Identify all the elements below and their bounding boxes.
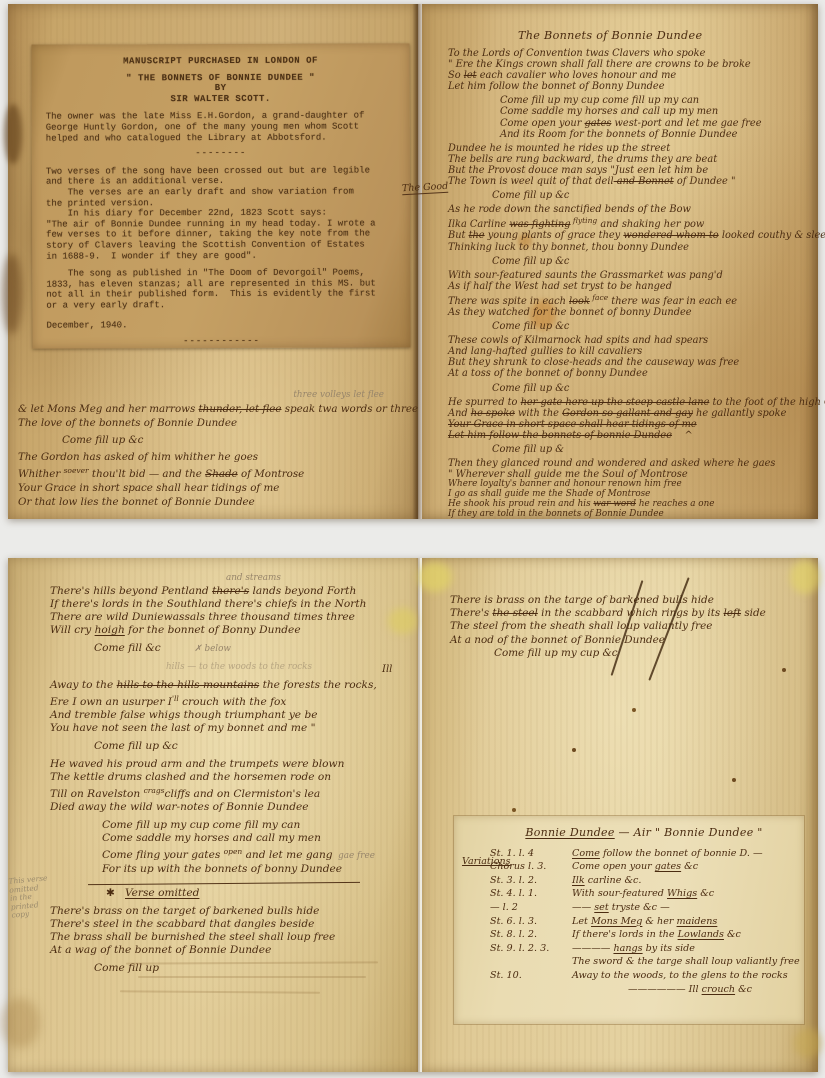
manuscript-line: Or that low lies the bonnet of Bonnie Du… [18,495,418,509]
song-title: The Bonnets of Bonnie Dundee [518,29,702,42]
stanza-ref: St. 1. l. 4 [490,847,572,861]
manuscript-scan: MANUSCRIPT PURCHASED IN LONDON OF " THE … [0,0,825,1078]
manuscript-line: At a wag of the bonnet of Bonnie Dundee [50,944,416,957]
text-segment: carline &c. [585,875,642,886]
text-segment: west-port and let me gae free [611,118,761,129]
struck-text: thunder, let flee [199,403,282,415]
manuscript-line: He waved his proud arm and the trumpets … [50,758,416,771]
text-segment: But [448,230,469,241]
text-segment: for the bonnet of Bonny Dundee [125,624,301,636]
text-segment: Dundee he is mounted he rides up the str… [448,143,670,154]
manuscript-line: These cowls of Kilmarnock had spits and … [448,335,816,346]
manuscript-line: For its up with the bonnets of bonny Dun… [50,863,416,876]
text-segment: he gallantly spoke [693,408,787,419]
stanza-ref: St. 9. l. 2. 3. [490,942,572,956]
text-segment: But the Provost douce man says "Just een… [448,165,708,176]
text-segment: crouch with the fox [179,696,287,708]
manuscript-line: St. 8. l. 2.If there's lords in the Lowl… [490,928,798,942]
manuscript-line: But they shrunk to close-heads and the c… [448,357,816,368]
text-segment: Ere I own an usurper I [50,696,172,708]
text-segment: The kettle drums clashed and the horseme… [50,771,331,783]
text-segment: Bonnie Dundee [525,826,614,839]
bottom-spread: and streamsThere's hills beyond Pentland… [8,558,818,1072]
text-segment: Your Grace in short space shall hear tid… [18,482,279,494]
manuscript-line: Ilka Carline was fighting flyting and sh… [448,215,816,230]
handwritten-song: To the Lords of Convention twas Clavers … [448,48,816,519]
text-segment: Come open your [500,118,585,129]
margin-note-good: The Good [402,181,449,195]
text-segment: ^ [672,430,693,441]
text-segment: There's steel in the scabbard that dangl… [50,918,314,930]
text-segment: and shaking her pow [597,219,704,230]
text-segment: with the [515,408,562,419]
stanza-ref: St. 3. l. 2. [490,874,572,888]
manuscript-line: With sour-featured saunts the Grassmarke… [448,270,816,281]
text-segment: maidens [677,916,718,927]
text-segment: At a nod of the bonnet of Bonnie Dundee [450,634,665,646]
text-segment: Will cry [50,624,95,636]
manuscript-line: He spurred to her gate here up the steep… [448,397,816,408]
manuscript-line: There's hills beyond Pentland there's la… [50,585,416,598]
stanza-ref: Chorus l. 3. [490,860,572,874]
text-segment: —— [572,902,594,913]
text-segment: At a toss of the bonnet of bonny Dundee [448,368,648,379]
struck-text: hills to the hills mountains [117,679,260,691]
manuscript-line: Died away the wild war-notes of Bonnie D… [50,801,416,814]
text-segment: " Ere the Kings crown shall fall there a… [448,59,751,70]
manuscript-line: three volleys let flee [18,388,418,402]
text-segment: Where loyalty's banner and honour renown… [448,479,682,489]
text-segment: And [448,408,471,419]
text-segment: Died away the wild war-notes of Bonnie D… [50,801,309,813]
manuscript-line: Will cry hoigh for the bonnet of Bonny D… [50,624,416,637]
manuscript-line: As they watched for the bonnet of bonny … [448,307,816,318]
text-segment: by its side [643,943,695,954]
text-segment: There are wild Duniewassals three thousa… [50,611,355,623]
text-segment: The Town is weel quit of that deil [448,176,614,187]
manuscript-line: Away to the hills to the hills mountains… [50,679,416,692]
manuscript-line: The brass shall be burnished the steel s… [50,931,416,944]
text-segment: I go as shall guide me the Shade of Mont… [448,489,650,499]
text-segment: There's hills beyond Pentland [50,585,212,597]
manuscript-line: Come fling your gates open and let me ga… [50,845,416,863]
manuscript-line: Chorus l. 3.Come open your gates &c [490,860,798,874]
stanza-ref: — l. 2 [490,901,572,915]
stanza-ref: St. 8. l. 2. [490,928,572,942]
manuscript-line: To the Lords of Convention twas Clavers … [448,48,816,59]
text-segment: So [448,70,464,81]
text-segment: Come [572,848,600,859]
typed-date: December, 1940. [46,320,396,332]
typed-paragraph: The song as published in "The Doom of De… [46,267,396,311]
divider-rule [88,882,360,885]
text-segment: young plants of grace they [485,230,624,241]
handwritten-verses-left: three volleys let flee& let Mons Meg and… [18,388,418,509]
text-segment: You have not seen the last of my bonnet … [50,722,315,734]
text-segment: To the Lords of Convention twas Clavers … [448,48,705,59]
text-segment: Away to the [50,679,117,691]
manuscript-line: So let each cavalier who loves honour an… [448,70,816,81]
manuscript-line: You have not seen the last of my bonnet … [50,722,416,735]
struck-text: left [724,607,742,619]
manuscript-line: Come fill up &c [448,383,816,394]
crossed-out-stanza: There is brass on the targe of barkened … [450,594,825,660]
text-segment: side [741,607,766,619]
text-segment: Come fill up &c [492,321,569,332]
stain [0,998,40,1048]
text-segment: Come open your [572,861,655,872]
struck-text: was fighting [509,219,570,230]
text-segment: Come fill up &c [492,190,569,201]
manuscript-line: Till on Ravelston cragscliffs and on Cle… [50,784,416,801]
text-segment: There's [450,607,492,619]
manuscript-line: Come fill up my cup come fill my can [50,819,416,832]
manuscript-line: But the Provost douce man says "Just een… [448,165,816,176]
page-top-right: The Bonnets of Bonnie Dundee The Good To… [422,4,818,519]
typed-divider: ------------ [46,335,396,347]
text-segment: With sour-featured saunts the Grassmarke… [448,270,723,281]
text-segment: cliffs and on Clermiston's lea [165,788,321,800]
struck-text: her gate here up the steep castle lane [521,397,710,408]
typed-collector-note: MANUSCRIPT PURCHASED IN LONDON OF " THE … [31,43,410,348]
stain [572,748,576,752]
stain [790,560,820,594]
stain [418,562,452,592]
text-segment: of Montrose [238,468,305,480]
variations-table: Bonnie Dundee — Air " Bonnie Dundee "St.… [490,826,798,996]
manuscript-line: —————— Ill crouch &c [490,983,798,997]
handwritten-verses: and streamsThere's hills beyond Pentland… [50,572,416,975]
text-segment: and streams [226,573,281,583]
text-segment: As if half the West had set tryst to be … [448,281,672,292]
manuscript-line: At a nod of the bonnet of Bonnie Dundee [450,634,825,647]
struck-text: there's [212,585,249,597]
text-segment: Come fill up & [492,444,564,455]
variations-card: Variations Bonnie Dundee — Air " Bonnie … [454,816,804,1024]
manuscript-line: St. 1. l. 4Come follow the bonnet of bon… [490,847,798,861]
text-segment: Then they glanced round and wondered and… [448,458,775,469]
struck-text: and Bonnet [614,176,674,187]
text-segment: The steel from the sheath shall loup val… [450,620,712,632]
manuscript-line: Come fill up &c [448,190,816,201]
manuscript-line: Let him follow the bonnet of Bonny Dunde… [448,81,816,92]
manuscript-line: And tremble false whigs though triumphan… [50,709,416,722]
text-segment: open [224,847,243,856]
manuscript-line: And he spoke with the Gordon so gallant … [448,408,816,419]
manuscript-line: & let Mons Meg and her marrows thunder, … [18,402,418,416]
text-segment: & let Mons Meg and her marrows [18,403,199,415]
manuscript-line: Come fill up & [448,444,816,455]
text-segment: Lowlands [678,929,724,940]
text-segment: the forests the rocks, [259,679,377,691]
manuscript-line: St. 9. l. 2. 3.———— hangs by its side [490,942,798,956]
text-segment: Mons Meg [591,916,642,927]
text-segment: He spurred to [448,397,521,408]
text-segment: The sword & the targe shall loup valiant… [572,956,800,967]
typed-paragraph: The owner was the late Miss E.H.Gordon, … [46,111,396,144]
stanza-ref: St. 6. l. 3. [490,915,572,929]
text-segment: gates [655,861,681,872]
text-segment: Come saddle my horses and call my men [102,832,321,844]
manuscript-line: Come fill up &c [18,433,418,447]
text-segment: Thinking luck to thy bonnet, thou bonny … [448,242,689,253]
text-segment: Let [572,916,591,927]
page-bottom-right: There is brass on the targe of barkened … [422,558,818,1072]
text-segment: Come fill up my cup come fill my can [102,819,300,831]
text-segment: As they watched for the bonnet of bonny … [448,307,692,318]
manuscript-line: Dundee he is mounted he rides up the str… [448,143,816,154]
manuscript-line: The sword & the targe shall loup valiant… [490,955,798,969]
text-segment: crouch [702,984,735,995]
manuscript-line: Come fill up my cup come fill up my can [448,95,816,106]
manuscript-line: As if half the West had set tryst to be … [448,281,816,292]
text-segment: Come fill up &c [492,256,569,267]
text-segment: Till on Ravelston [50,788,144,800]
text-segment: hills — to the woods to the rocks [166,662,312,672]
text-segment: speak twa words or three [281,403,418,415]
text-segment: And lang-hafted gullies to kill cavalier… [448,346,642,357]
stain [794,1028,822,1058]
text-segment: crags [144,786,165,795]
text-segment: soever [64,466,89,475]
text-segment: &c [697,888,714,899]
manuscript-line: As he rode down the sanctified bends of … [448,204,816,215]
text-segment: Come saddle my horses and call up my men [500,106,718,117]
text-segment: Come fill &c [94,642,161,654]
text-segment: Or that low lies the bonnet of Bonnie Du… [18,496,255,508]
text-segment: Ilk [572,875,585,886]
text-segment: Come fill up &c [62,434,143,446]
text-segment: each cavalier who loves honour and me [477,70,677,81]
manuscript-line: Come open your gates west-port and let m… [448,118,816,129]
text-segment: lands beyond Forth [249,585,356,597]
manuscript-line: There's the steel in the scabbard which … [450,607,825,620]
text-segment: thou'lt bid — and the [89,468,206,480]
manuscript-line: " Ere the Kings crown shall fall there a… [448,59,816,70]
text-segment: 'll [172,694,179,703]
struck-text: look [569,296,590,307]
text-segment: & her [642,916,676,927]
manuscript-line: The kettle drums clashed and the horseme… [50,771,416,784]
manuscript-line: St. 6. l. 3.Let Mons Meg & her maidens [490,915,798,929]
manuscript-line: Come fill up &c [448,321,816,332]
text-segment: For its up with the bonnets of bonny Dun… [102,863,342,875]
manuscript-line: If they are told in the bonnets of Bonni… [448,510,816,520]
typed-heading: MANUSCRIPT PURCHASED IN LONDON OF [46,55,396,67]
text-segment: flyting [571,216,598,225]
text-segment: There was spite in each [448,296,569,307]
stanza-block: and streamsThere's hills beyond Pentland… [50,572,416,876]
manuscript-line: Whither soever thou'lt bid — and the Sha… [18,464,418,481]
top-spread: MANUSCRIPT PURCHASED IN LONDON OF " THE … [8,4,818,519]
text-segment: Your Grace in short space shall hear tid… [448,419,697,430]
manuscript-line: St. 3. l. 2.Ilk carline &c. [490,874,798,888]
text-segment: There is brass on the targe of barkened … [450,594,714,606]
manuscript-line: Come fill up &c [448,256,816,267]
bleedthrough-line [138,976,366,978]
manuscript-line: The steel from the sheath shall loup val… [450,620,825,633]
text-segment: gae free [333,851,375,861]
manuscript-line: Let him follow the bonnets of bonnie Dun… [448,430,816,441]
text-segment: &c [735,984,752,995]
text-segment: These cowls of Kilmarnock had spits and … [448,335,708,346]
manuscript-line: Come fill up &c [50,740,416,753]
text-segment: ———— [572,943,613,954]
text-segment: of Dundee " [674,176,736,187]
manuscript-line: and streams [50,572,416,585]
text-segment: ✗ below [161,644,231,654]
manuscript-line: The bells are rung backward, the drums t… [448,154,816,165]
text-segment: and let me gang [242,849,332,861]
text-segment: &c [724,929,741,940]
text-segment: to the foot of the high Castle rock [709,397,825,408]
manuscript-line: Ere I own an usurper I'll crouch with th… [50,692,416,709]
stain [4,104,22,164]
text-segment: The Gordon has asked of him whither he g… [18,451,258,463]
manuscript-line: St. 10.Away to the woods, to the glens t… [490,969,798,983]
text-segment: The bells are rung backward, the drums t… [448,154,717,165]
margin-note-ill: Ill [382,664,392,675]
manuscript-line: Bonnie Dundee — Air " Bonnie Dundee " [490,826,798,840]
text-segment: hangs [613,943,642,954]
text-segment: Verse omitted [125,887,199,899]
text-segment: With sour-featured [572,888,667,899]
text-segment: there was fear in each ee [608,296,737,307]
manuscript-line: Come saddle my horses and call my men [50,832,416,845]
text-segment: And its Room for the bonnets of Bonnie D… [500,129,737,140]
manuscript-line: Your Grace in short space shall hear tid… [18,481,418,495]
struck-text: the [469,230,485,241]
text-segment: ✱ [106,887,125,900]
text-segment: Whither [18,468,64,480]
text-segment: If they are told in the bonnets of Bonni… [448,509,664,519]
manuscript-line: ✱ Verse omitted [50,887,416,900]
manuscript-line: Come fill up my cup &c [450,647,825,660]
text-segment: He waved his proud arm and the trumpets … [50,758,344,770]
typed-author: SIR WALTER SCOTT. [46,93,396,105]
text-segment: Come fill up my cup come fill up my can [500,95,699,106]
stanza-ref: St. 4. l. 1. [490,887,572,901]
manuscript-line: There are wild Duniewassals three thousa… [50,611,416,624]
text-segment: Let him follow the bonnets of bonnie Dun… [448,430,672,441]
page-top-left: MANUSCRIPT PURCHASED IN LONDON OF " THE … [8,4,418,519]
text-segment: But they shrunk to close-heads and the c… [448,357,739,368]
text-segment: If there's lords in the [572,929,678,940]
text-segment: —————— Ill [628,984,702,995]
text-segment: And tremble false whigs though triumphan… [50,709,318,721]
manuscript-line: But the young plants of grace they wonde… [448,230,816,241]
text-segment: Let him follow the bonnet of Bonny Dunde… [448,81,665,92]
text-segment: set [594,902,608,913]
text-segment: three volleys let flee [293,390,384,400]
text-segment: follow the bonnet of bonnie D. — [600,848,763,859]
manuscript-line: There was spite in each look face there … [448,292,816,307]
text-segment: — Air " Bonnie Dundee " [615,826,763,839]
manuscript-line: There's steel in the scabbard that dangl… [50,918,416,931]
text-segment: Come fill up &c [492,383,569,394]
manuscript-line: If there's lords in the Southland there'… [50,598,416,611]
stanza-ref: St. 10. [490,969,572,983]
manuscript-line: At a toss of the bonnet of bonny Dundee [448,368,816,379]
manuscript-line: Thinking luck to thy bonnet, thou bonny … [448,242,816,253]
manuscript-line: And its Room for the bonnets of Bonnie D… [448,129,816,140]
manuscript-line: And lang-hafted gullies to kill cavalier… [448,346,816,357]
struck-text: Gordon so gallant and gay [562,408,693,419]
text-segment: Whigs [667,888,697,899]
text-segment: Away to the woods, to the glens to the r… [572,970,788,981]
text-segment: Come fling your gates [102,849,224,861]
text-segment: Ilka Carline [448,219,509,230]
struck-text: war-word [593,499,636,509]
stain [2,254,22,334]
struck-text: the steel [492,607,537,619]
struck-text: gates [585,118,612,129]
text-segment: At a wag of the bonnet of Bonnie Dundee [50,944,271,956]
typed-divider: -------- [46,148,396,160]
struck-text: Shade [205,468,238,480]
manuscript-line: Come fill &c ✗ below [50,642,416,656]
text-segment: face [590,293,608,302]
margin-pencil-note: This verse omitted in the printed copy [8,874,51,920]
text-segment: As he rode down the sanctified bends of … [448,204,691,215]
manuscript-line: The Town is weel quit of that deil and B… [448,176,816,187]
manuscript-line: St. 4. l. 1.With sour-featured Whigs &c [490,887,798,901]
text-segment: If there's lords in the Southland there'… [50,598,366,610]
manuscript-line: Come saddle my horses and call up my men [448,106,816,117]
struck-text: he spoke [471,408,515,419]
manuscript-line: Then they glanced round and wondered and… [448,458,816,469]
bleedthrough-line [120,990,320,993]
text-segment: There's brass on the target of barkened … [50,905,319,917]
struck-text: let [464,70,477,81]
manuscript-line: The love of the bonnets of Bonnie Dundee [18,416,418,430]
text-segment: looked couthy & slee [719,230,825,241]
manuscript-line: hills — to the woods to the rocks [50,661,416,674]
text-segment: hoigh [95,624,125,636]
manuscript-line: — l. 2—— set tryste &c — [490,901,798,915]
manuscript-line: Your Grace in short space shall hear tid… [448,419,816,430]
text-segment: The love of the bonnets of Bonnie Dundee [18,417,237,429]
text-segment: Come fill up my cup &c [494,647,618,659]
text-segment: tryste &c — [609,902,670,913]
text-segment: The brass shall be burnished the steel s… [50,931,335,943]
manuscript-line: The Gordon has asked of him whither he g… [18,450,418,464]
struck-text: wondered whom to [623,230,718,241]
text-segment: He shook his proud rein and his [448,499,593,509]
typed-paragraph: Two verses of the song have been crossed… [46,165,396,262]
page-bottom-left: and streamsThere's hills beyond Pentland… [8,558,418,1072]
text-segment: &c [681,861,698,872]
text-segment: he reaches a one [636,499,714,509]
text-segment: Come fill up &c [94,740,178,752]
manuscript-line: There's brass on the target of barkened … [50,905,416,918]
